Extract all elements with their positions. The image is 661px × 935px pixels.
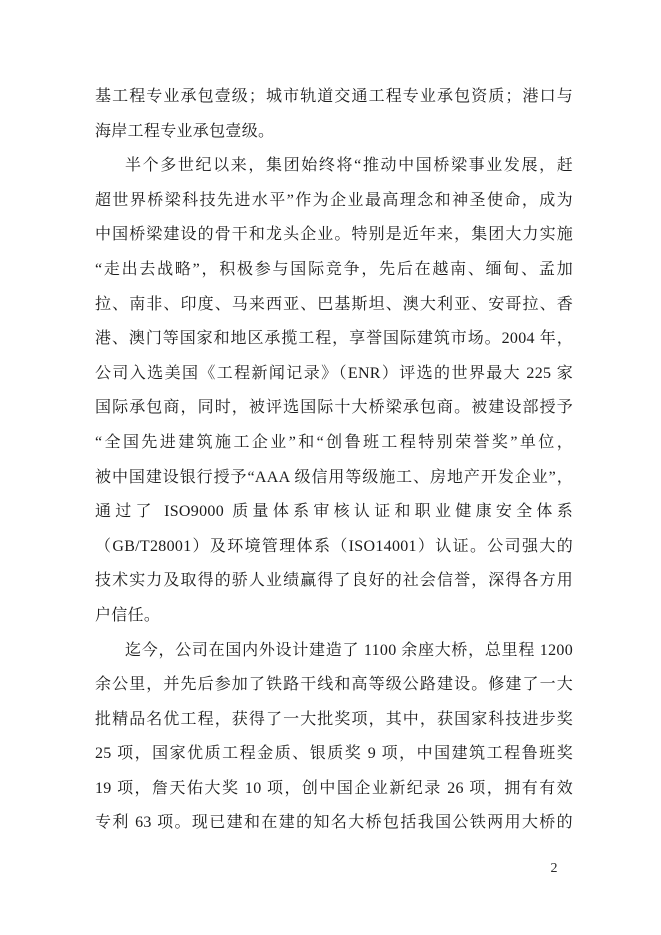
text-line: 基工程专业承包壹级；城市轨道交通工程专业承包资质；港口与 (95, 80, 573, 115)
text-line: “全国先进建筑施工企业”和“创鲁班工程特别荣誉奖”单位， (95, 426, 573, 461)
text-line: 批精品名优工程，获得了一大批奖项，其中，获国家科技进步奖 (95, 703, 573, 738)
text-line: 港、澳门等国家和地区承揽工程，享誉国际建筑市场。2004 年， (95, 322, 573, 357)
text-line: 拉、南非、印度、马来西亚、巴基斯坦、澳大利亚、安哥拉、香 (95, 288, 573, 323)
text-line: “走出去战略”，积极参与国际竞争，先后在越南、缅甸、孟加 (95, 253, 573, 288)
text-line: （GB/T28001）及环境管理体系（ISO14001）认证。公司强大的 (95, 530, 573, 565)
text-line: 25 项，国家优质工程金质、银质奖 9 项，中国建筑工程鲁班奖 (95, 737, 573, 772)
text-line: 中国桥梁建设的骨干和龙头企业。特别是近年来，集团大力实施 (95, 218, 573, 253)
text-line: 专利 63 项。现已建和在建的知名大桥包括我国公铁两用大桥的 (95, 806, 573, 841)
document-body: 基工程专业承包壹级；城市轨道交通工程专业承包资质；港口与海岸工程专业承包壹级。半… (95, 80, 573, 841)
page-number: 2 (541, 859, 567, 879)
paragraph: 迄今，公司在国内外设计建造了 1100 余座大桥，总里程 1200余公里，并先后… (95, 634, 573, 842)
text-line: 公司入选美国《工程新闻记录》（ENR）评选的世界最大 225 家 (95, 357, 573, 392)
text-line: 超世界桥梁科技先进水平”作为企业最高理念和神圣使命，成为 (95, 184, 573, 219)
text-line: 户信任。 (95, 599, 573, 634)
text-line: 余公里，并先后参加了铁路干线和高等级公路建设。修建了一大 (95, 668, 573, 703)
text-line: 国际承包商，同时，被评选国际十大桥梁承包商。被建设部授予 (95, 391, 573, 426)
paragraph: 半个多世纪以来，集团始终将“推动中国桥梁事业发展，赶超世界桥梁科技先进水平”作为… (95, 149, 573, 633)
text-line: 通过了 ISO9000 质量体系审核认证和职业健康安全体系 (95, 495, 573, 530)
text-line: 技术实力及取得的骄人业绩赢得了良好的社会信誉，深得各方用 (95, 564, 573, 599)
paragraph: 基工程专业承包壹级；城市轨道交通工程专业承包资质；港口与海岸工程专业承包壹级。 (95, 80, 573, 149)
document-page: 基工程专业承包壹级；城市轨道交通工程专业承包资质；港口与海岸工程专业承包壹级。半… (0, 0, 661, 935)
text-line: 海岸工程专业承包壹级。 (95, 115, 573, 150)
text-line: 被中国建设银行授予“AAA 级信用等级施工、房地产开发企业”， (95, 461, 573, 496)
text-line: 19 项，詹天佑大奖 10 项，创中国企业新纪录 26 项，拥有有效 (95, 772, 573, 807)
text-line: 半个多世纪以来，集团始终将“推动中国桥梁事业发展，赶 (95, 149, 573, 184)
text-line: 迄今，公司在国内外设计建造了 1100 余座大桥，总里程 1200 (95, 634, 573, 669)
